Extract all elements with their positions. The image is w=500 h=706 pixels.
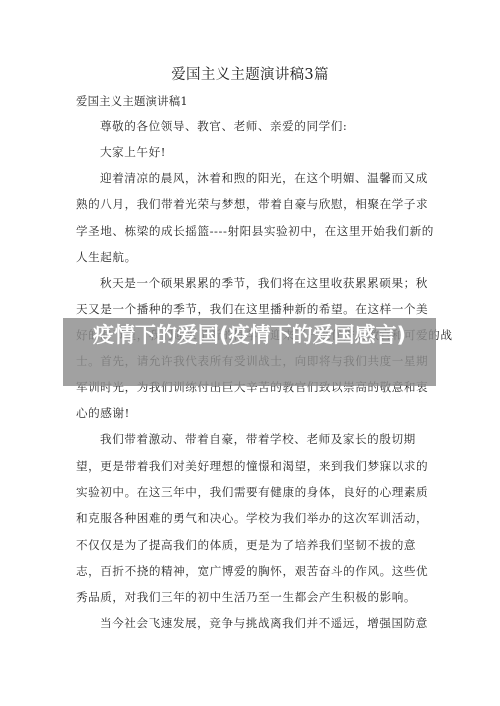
body-line: 尊敬的各位领导、教官、老师、亲爱的同学们: xyxy=(100,116,450,136)
body-line: 秀品质，对我们三年的初中生活乃至一生都会产生积极的影响。 xyxy=(76,587,426,607)
body-line: 迎着清凉的晨风，沐着和煦的阳光，在这个明媚、温馨而又成 xyxy=(100,168,450,188)
body-line: 实验初中。在这三年中，我们需要有健康的身体，良好的心理素质 xyxy=(76,482,426,502)
body-line: 熟的八月，我们带着光荣与梦想，带着自豪与欣慰，相聚在学子求 xyxy=(76,194,426,214)
body-line: 我们带着激动、带着自豪，带着学校、老师及家长的殷切期 xyxy=(100,429,450,449)
overlay-title: 疫情下的爱国(疫情下的爱国感言) xyxy=(63,318,436,386)
body-line: 人生起航。 xyxy=(76,247,426,267)
body-line: 和克服各种困难的勇气和决心。学校为我们举办的这次军训活动， xyxy=(76,508,426,528)
body-line: 心的感谢! xyxy=(76,403,426,423)
body-line: 望，更是带着我们对美好理想的憧憬和渴望，来到我们梦寐以求的 xyxy=(76,456,426,476)
document-title: 爱国主义主题演讲稿3篇 xyxy=(0,63,500,84)
body-line: 志，百折不挠的精神，宽广博爱的胸怀，艰苦奋斗的作风。这些优 xyxy=(76,561,426,581)
body-line: 学圣地、栋梁的成长摇篮----射阳县实验初中，在这里开始我们新的 xyxy=(76,221,426,241)
body-line: 不仅仅是为了提高我们的体质，更是为了培养我们坚韧不拔的意 xyxy=(76,535,426,555)
document-page: 爱国主义主题演讲稿3篇 爱国主义主题演讲稿1 尊敬的各位领导、教官、老师、亲爱的… xyxy=(0,0,500,706)
body-line: 大家上午好! xyxy=(100,142,450,162)
body-line: 当今社会飞速发展，竞争与挑战离我们并不遥远，增强国防意 xyxy=(100,613,450,633)
body-line: 天又是一个播种的季节，我们在这里播种新的希望。在这样一个美 xyxy=(76,299,426,319)
body-line: 秋天是一个硕果累累的季节，我们将在这里收获累累硕果；秋 xyxy=(100,273,450,293)
section-heading: 爱国主义主题演讲稿1 xyxy=(76,91,426,111)
